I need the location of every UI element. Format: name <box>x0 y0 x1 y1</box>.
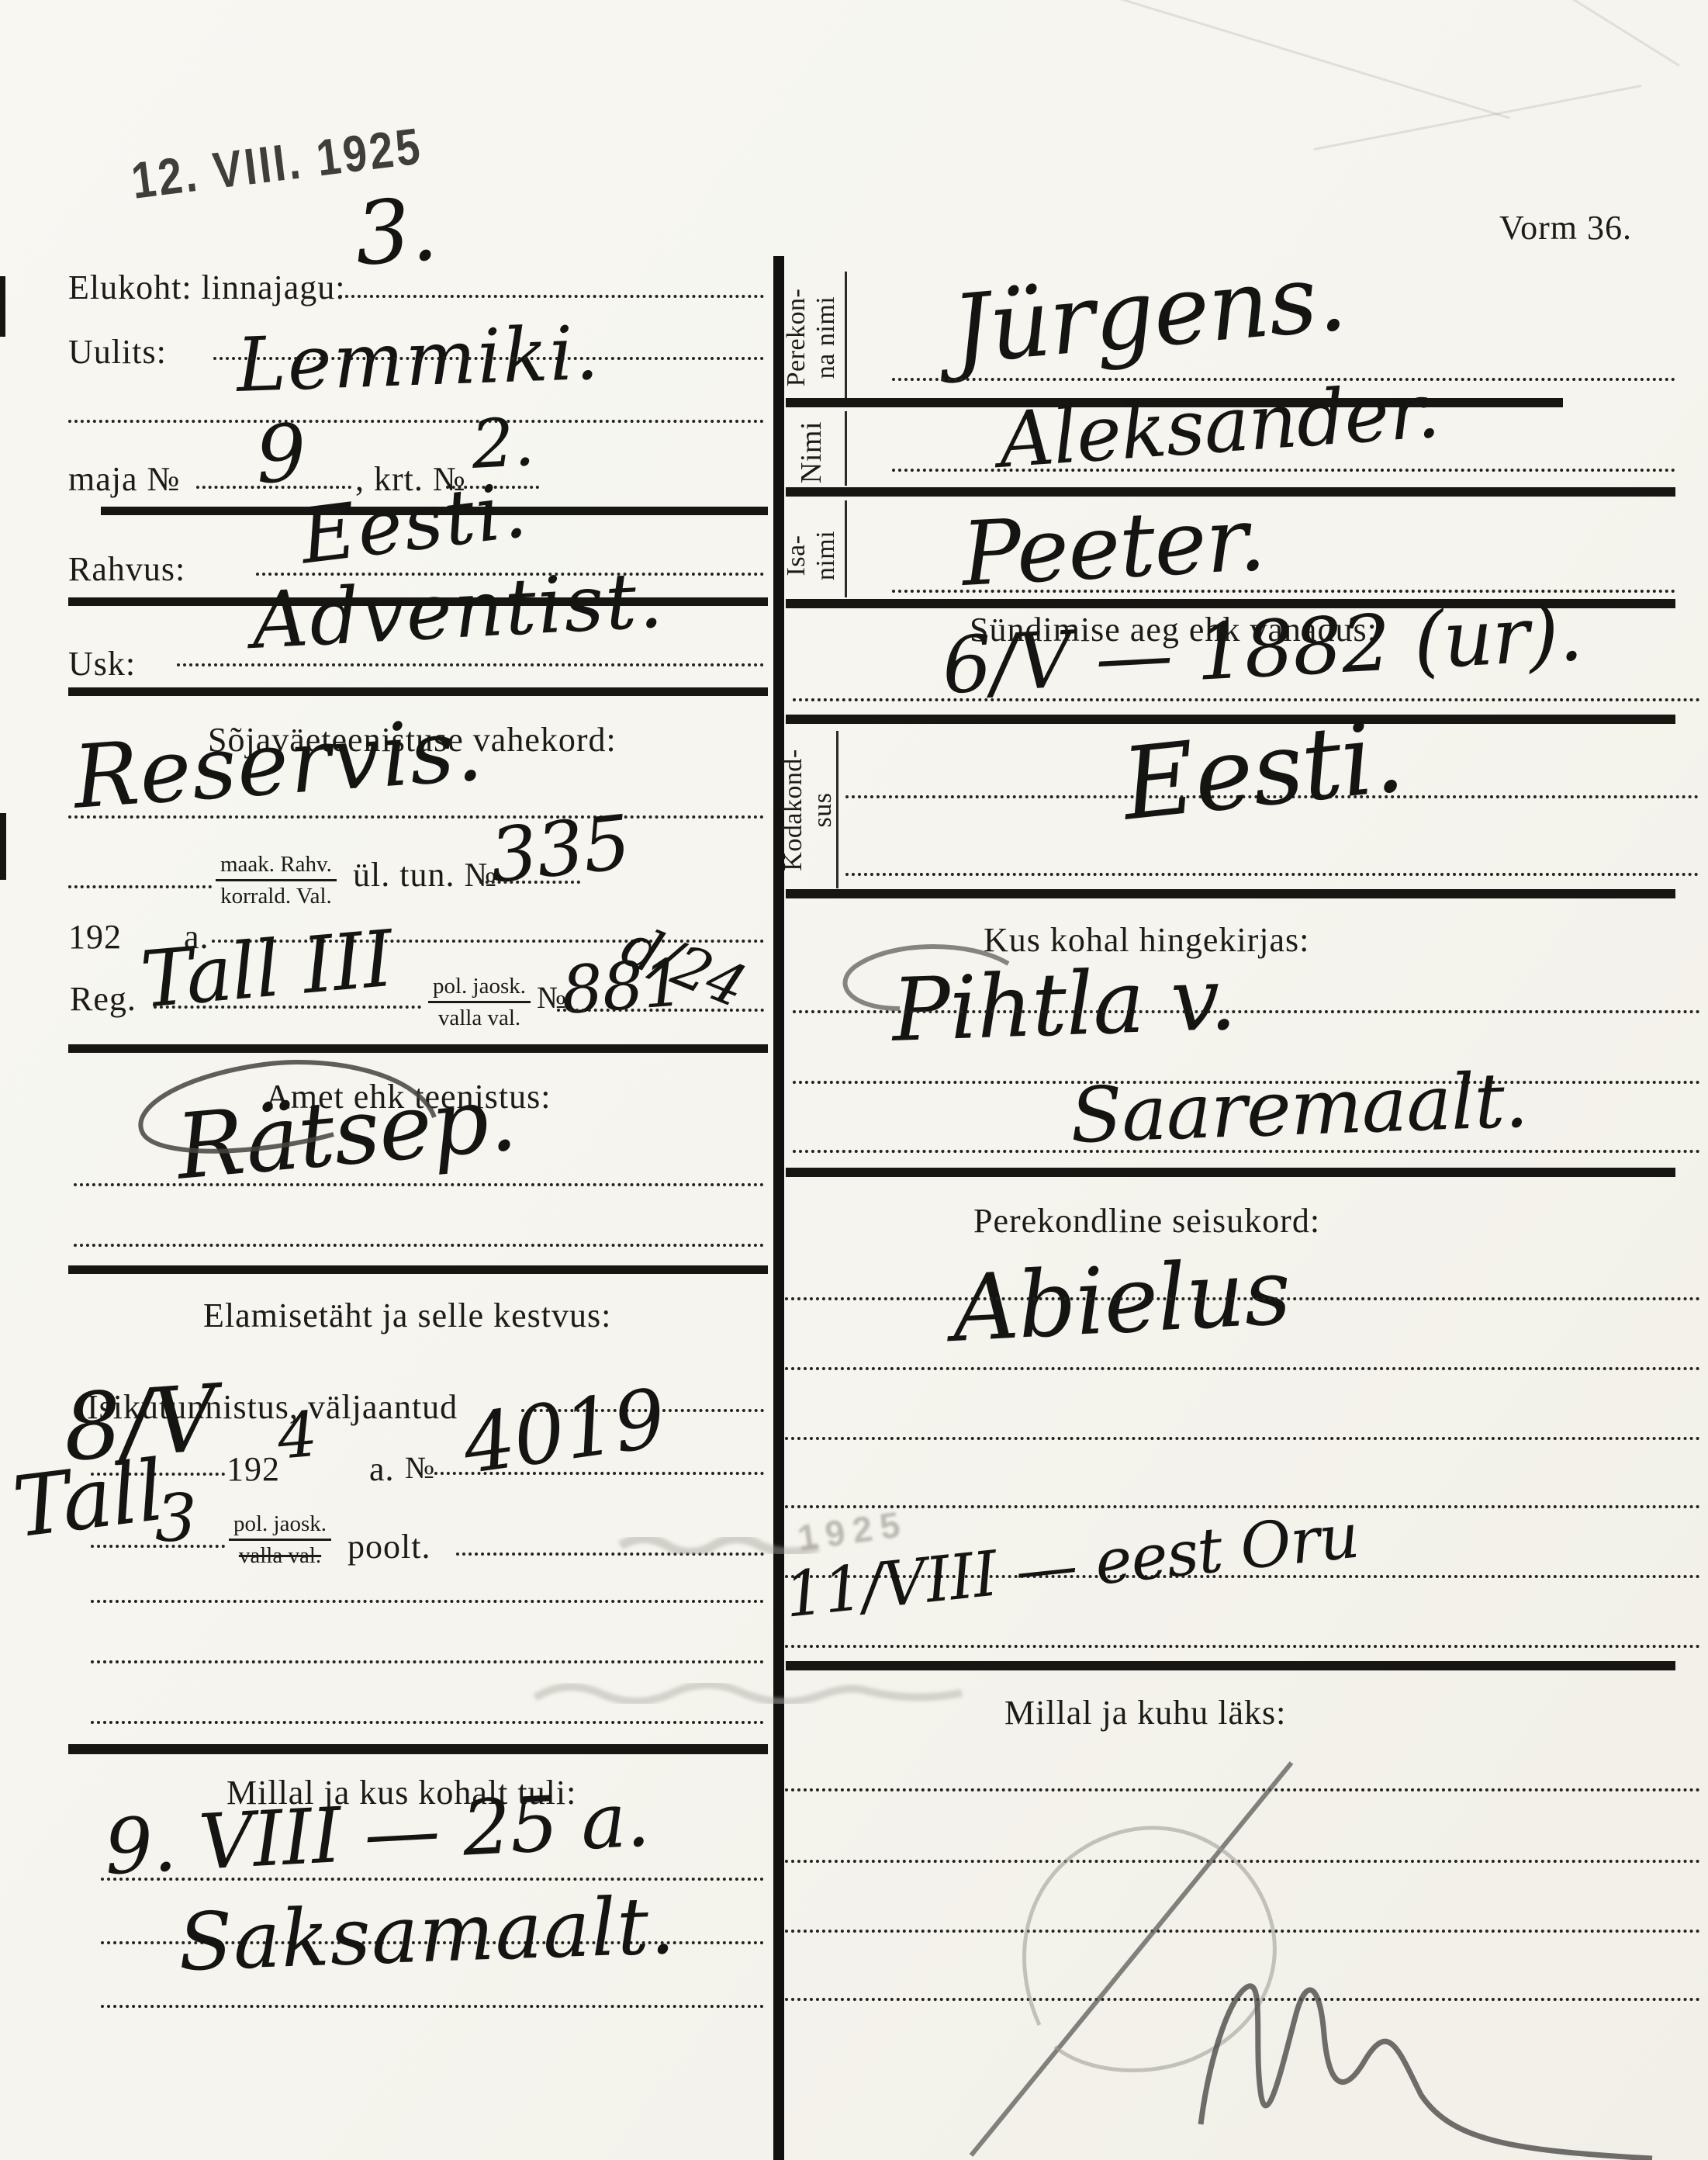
label-line: Isa- <box>782 497 811 614</box>
isik-a-label: a. <box>369 1449 395 1489</box>
maja-label: maja № <box>68 459 181 499</box>
ultun-label: ül. tun. № <box>353 855 497 895</box>
pencil-signature <box>971 1763 1291 2155</box>
label-line: na nimi <box>811 264 841 411</box>
perekonnanimi-side-label: Perekon- na nimi <box>779 264 844 411</box>
reg-value: Tall III <box>137 913 396 1026</box>
poolt-label: poolt. <box>347 1527 430 1566</box>
dotted-line <box>68 420 764 423</box>
hingekiri-value-1: Pihtla v. <box>890 949 1237 1061</box>
dotted-line <box>154 1006 421 1009</box>
form-code: Vorm 36. <box>1499 208 1632 247</box>
dotted-line <box>793 1010 1700 1013</box>
dotted-line <box>785 1367 1700 1370</box>
dotted-line <box>177 663 764 666</box>
dotted-line <box>479 881 580 884</box>
ghost-smudge <box>535 1684 962 1701</box>
dotted-line <box>68 885 212 888</box>
dotted-line <box>339 295 764 298</box>
frac-bottom-struck: valla val. <box>229 1541 331 1568</box>
dotted-line <box>557 1009 764 1012</box>
frac-bottom: valla val. <box>428 1003 531 1030</box>
dotted-line <box>793 1150 1700 1153</box>
nimi-value: Aleksander. <box>996 366 1442 485</box>
rule-line <box>786 1168 1675 1177</box>
label-line: sus <box>808 725 838 895</box>
rule-line <box>68 687 768 696</box>
elukoht-value: 3. <box>351 179 440 286</box>
paper-crease <box>1049 0 1510 119</box>
paper-crease <box>1314 85 1642 151</box>
rahvus-label: Rahvus: <box>68 549 185 589</box>
dotted-line <box>91 1600 764 1603</box>
sojavae-value: Reservis. <box>70 699 486 829</box>
dotted-line <box>101 2005 764 2008</box>
usk-label: Usk: <box>68 644 136 684</box>
isik-place-value: Tall <box>8 1442 168 1557</box>
dotted-line <box>74 1183 764 1186</box>
isanimi-side-label: Isa- nimi <box>780 497 842 614</box>
rule-line <box>786 889 1675 898</box>
rule-line <box>786 1661 1675 1670</box>
year-label: 192 <box>68 917 122 957</box>
dotted-line <box>785 1788 1700 1791</box>
isik-issuer-fraction: pol. jaosk. valla val. <box>229 1511 331 1569</box>
frac-bottom: korrald. Val. <box>216 881 337 909</box>
label-separator <box>845 411 847 486</box>
registration-card: 12. VIII. 1925 Vorm 36. Elukoht: linnaja… <box>0 0 1708 2160</box>
dotted-line <box>785 1505 1700 1508</box>
label-separator <box>845 500 847 597</box>
dotted-line <box>213 357 764 360</box>
label-line: Nimi <box>795 406 828 499</box>
dotted-line <box>785 1860 1700 1863</box>
rule-line <box>68 1265 768 1274</box>
label-separator <box>836 731 838 888</box>
dotted-line <box>785 1998 1700 2001</box>
dotted-line <box>68 815 764 819</box>
dotted-line <box>456 1552 764 1556</box>
dotted-line <box>785 1437 1700 1440</box>
elukoht-label: Elukoht: linnajagu: <box>68 268 346 307</box>
tuli-place-value: Saksamaalt. <box>177 1880 677 1989</box>
isik-year-label: 192 <box>226 1449 280 1489</box>
dotted-line <box>91 1660 764 1663</box>
dotted-line <box>793 698 1700 701</box>
frac-top: pol. jaosk. <box>428 974 531 1003</box>
dotted-line <box>845 873 1699 876</box>
frac-top: pol. jaosk. <box>229 1511 331 1541</box>
dotted-line <box>785 1930 1700 1933</box>
frac-top: maak. Rahv. <box>216 852 337 881</box>
dotted-line <box>196 486 351 489</box>
label-line: Kodakond- <box>779 725 808 895</box>
paper-crease <box>1547 0 1679 67</box>
perekonnanimi-value: Jürgens. <box>948 241 1350 386</box>
isanimi-value: Peeter. <box>959 487 1267 606</box>
isik-year-digit: 4 <box>275 1398 320 1473</box>
dotted-line <box>434 1472 764 1475</box>
ultun-value: 335 <box>486 798 634 899</box>
uulits-label: Uulits: <box>68 332 167 372</box>
dotted-line <box>91 1545 225 1548</box>
nimi-side-label: Nimi <box>793 406 830 499</box>
dotted-line <box>91 1721 764 1724</box>
laks-label: Millal ja kuhu läks: <box>1004 1693 1286 1732</box>
seisukord-label: Perekondline seisukord: <box>973 1201 1320 1241</box>
scan-artifact <box>0 276 5 337</box>
label-line: nimi <box>811 497 841 614</box>
tuli-value: 9. VIII — 25 a. <box>102 1775 651 1892</box>
reg-label: Reg. <box>70 979 137 1019</box>
dotted-line <box>74 1244 764 1247</box>
reg-issuer-fraction: pol. jaosk. valla val. <box>428 974 531 1031</box>
dotted-line <box>892 469 1675 472</box>
ghost-smudge <box>621 1539 818 1552</box>
rule-line <box>68 1744 768 1754</box>
tunnistus-issuer-fraction: maak. Rahv. korrald. Val. <box>216 852 337 909</box>
dotted-line <box>785 1297 1700 1300</box>
label-separator <box>845 272 847 398</box>
label-line: Perekon- <box>782 264 811 411</box>
isik-no-sign: № <box>405 1449 435 1486</box>
hingekiri-value-2: Saaremaalt. <box>1069 1056 1529 1161</box>
scan-artifact <box>0 813 6 880</box>
amet-value: Rätsep. <box>172 1066 520 1200</box>
rule-line <box>68 1044 768 1053</box>
pencil-signature <box>1201 1986 1652 2158</box>
dotted-line <box>785 1645 1700 1648</box>
elamisetaht-label: Elamisetäht ja selle kestvus: <box>203 1296 611 1335</box>
kodakondsus-side-label: Kodakond- sus <box>776 725 841 895</box>
pencil-signature <box>1025 1828 1275 2071</box>
